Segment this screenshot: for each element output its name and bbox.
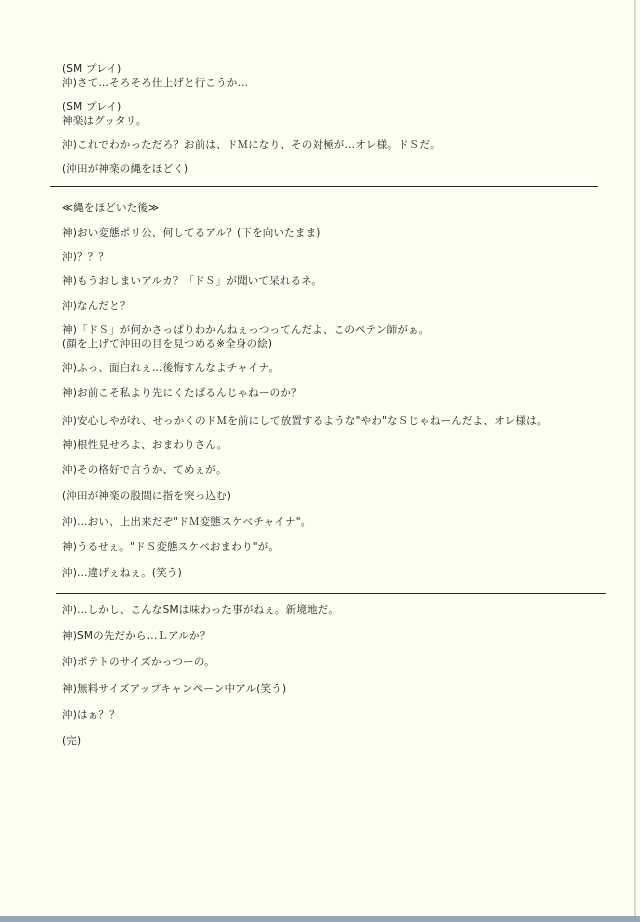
script-line: 沖)…違げぇねぇ。(笑う) (62, 566, 182, 580)
script-line: 沖)その格好で言うか、てめぇが。 (62, 463, 227, 477)
script-line: 神)「ドＳ」が何かさっぱりわかんねぇっつってんだよ、このペテン師がぁ。 (62, 323, 429, 337)
script-line: 沖)ふっ、面白れぇ…後悔すんなよチャイナ。 (62, 361, 279, 375)
script-line: 沖)…おい、上出来だぞ"ドＭ変態スケベチャイナ"。 (62, 515, 311, 529)
script-line: 沖)…しかし、こんなSMは味わった事がねぇ。新境地だ。 (62, 603, 339, 617)
script-line: (沖田が神楽の縄をほどく) (62, 162, 188, 176)
script-line: 沖)？？？ (62, 250, 109, 264)
script-line: ≪縄をほどいた後≫ (62, 201, 159, 215)
script-line: (SM プレイ) (62, 62, 121, 76)
script-line: (沖田が神楽の股間に指を突っ込む) (62, 489, 231, 503)
script-line: 神楽はグッタリ。 (62, 114, 147, 128)
script-line: 神)根性見せろよ、おまわりさん。 (62, 438, 227, 452)
script-line: (完) (62, 734, 81, 748)
script-line: 沖)なんだと？ (62, 299, 131, 313)
script-line: (顔を上げて沖田の目を見つめる※全身の絵) (62, 337, 272, 351)
script-line: 神)うるせぇ。"ドＳ変態スケベおまわり"が。 (62, 540, 279, 554)
section-divider (50, 186, 598, 187)
script-line: 神)SMの先だから…Ｌアルか？ (62, 629, 210, 643)
script-line: 沖)ポテトのサイズかっつーの。 (62, 655, 215, 669)
script-line: 神)お前こそ私より先にくたばるんじゃねーのか？ (62, 386, 302, 400)
script-line: (SM プレイ) (62, 100, 121, 114)
script-line: 沖)さて…そろそろ仕上げと行こうか… (62, 76, 248, 90)
script-line: 神)無料サイズアップキャンペーン中アル(笑う) (62, 682, 286, 696)
script-line: 沖)これでわかっただろ？お前は、ドＭになり、その対極が…オレ様。ドＳだ。 (62, 138, 441, 152)
section-divider (56, 593, 606, 594)
script-line: 沖)安心しやがれ、せっかくのドＭを前にして放置するような"やわ"なＳじゃねーんだ… (62, 414, 548, 428)
script-line: 沖)はぁ？？ (62, 708, 120, 722)
document-page: (SM プレイ)沖)さて…そろそろ仕上げと行こうか…(SM プレイ)神楽はグッタ… (0, 0, 636, 916)
script-line: 神)おい変態ポリ公、何してるアル？(下を向いたまま) (62, 226, 321, 240)
script-line: 神)もうおしまいアルカ？「ドＳ」が聞いて呆れるネ。 (62, 274, 322, 288)
scanner-edge (0, 916, 640, 922)
